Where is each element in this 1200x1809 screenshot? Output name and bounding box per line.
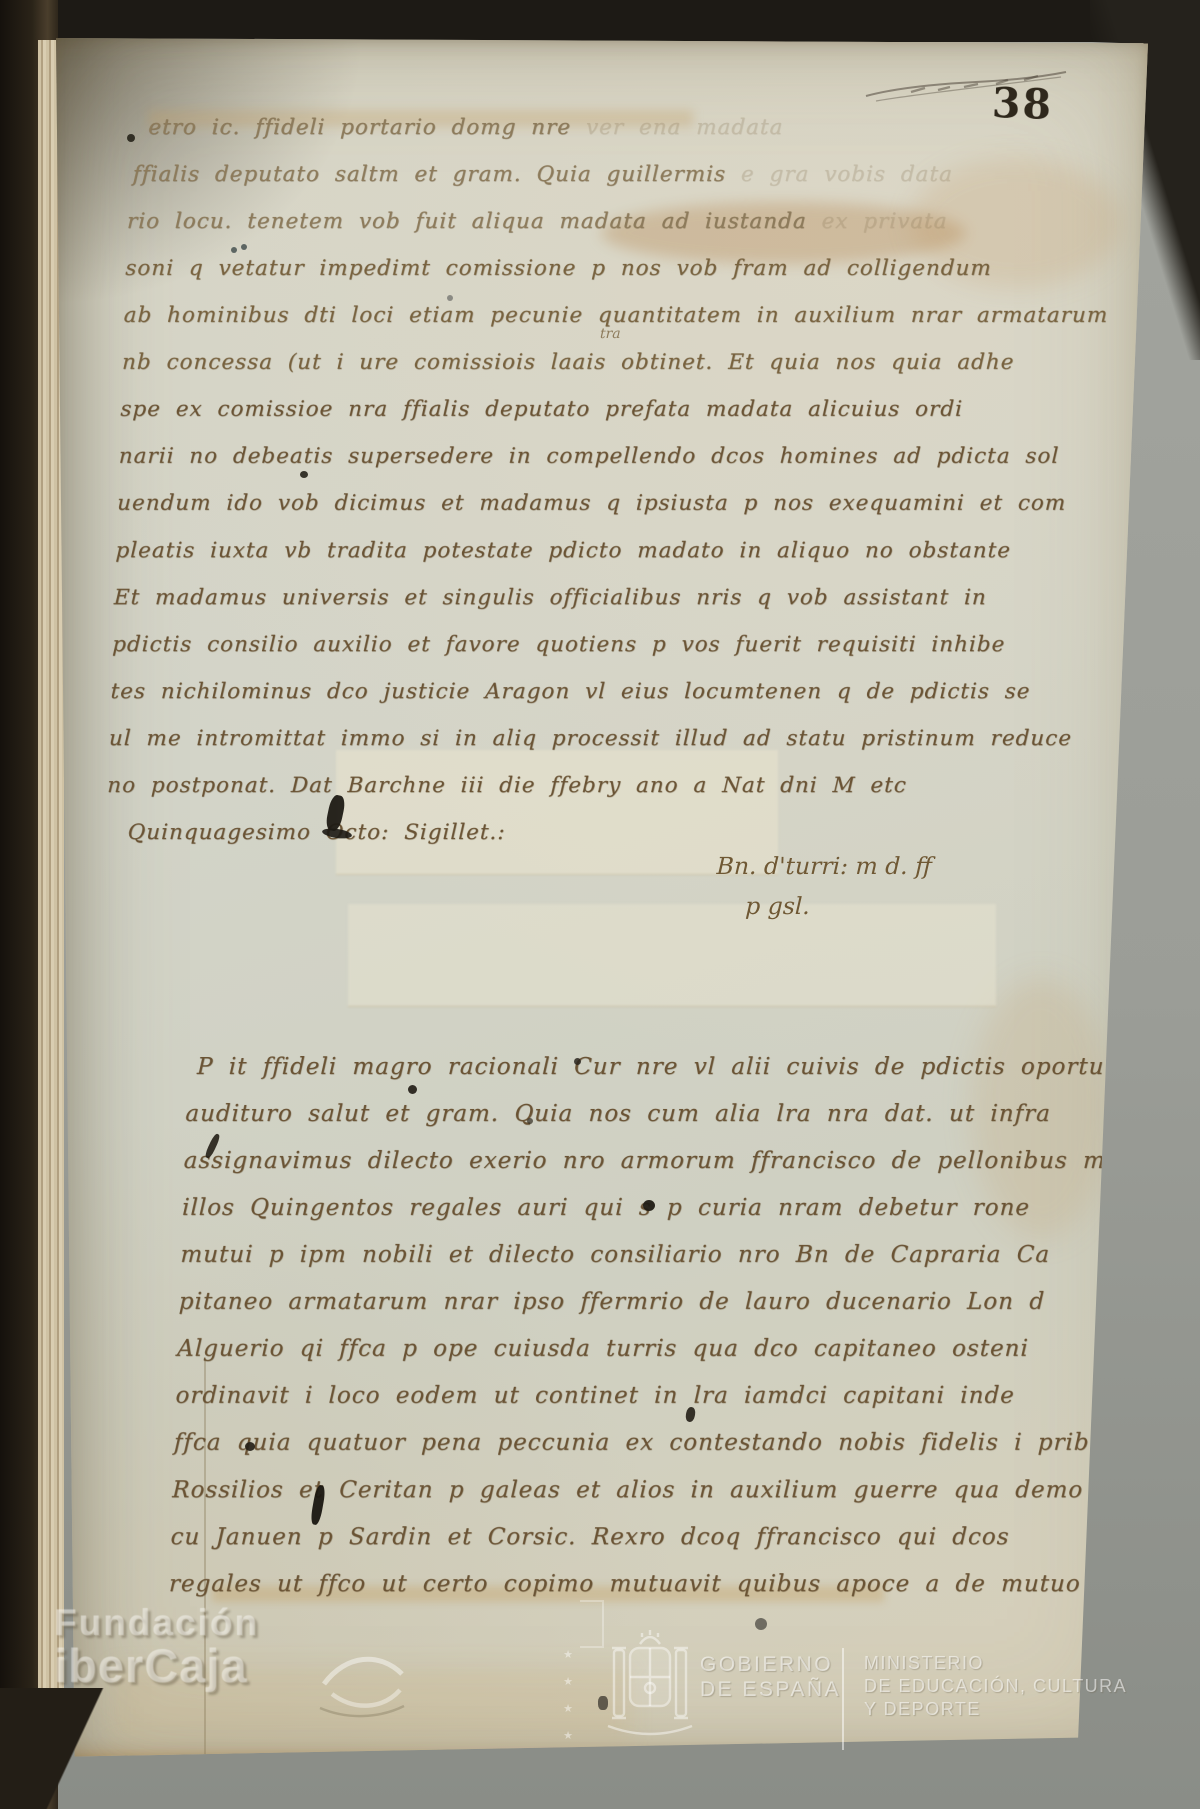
manuscript-line: ffialis deputato saltm et gram. Quia gui…	[128, 151, 1080, 198]
ink-blot	[643, 1200, 655, 1211]
folio-number: 38	[991, 79, 1054, 129]
signature-line: Bn. d'turri: m d. ff	[716, 846, 933, 886]
manuscript-line: ffca quia quatuor pena peccunia ex conte…	[173, 1420, 1147, 1467]
paper-stain	[212, 1586, 884, 1602]
manuscript-line: pdictis consilio auxilio et favore quoti…	[111, 621, 1063, 668]
manuscript-line: tes nichilominus dco justicie Aragon vl …	[110, 668, 1062, 715]
manuscript-line: cu Januen p Sardin et Corsic. Rexro dcoq…	[170, 1514, 1144, 1561]
archival-photo: 38 etro ic. ffideli portario domg nre ve…	[0, 0, 1200, 1809]
paper-stain	[148, 110, 693, 127]
manuscript-line: Rossilios et Ceritan p galeas et alios i…	[171, 1467, 1145, 1514]
paper-repair-patch	[348, 904, 996, 1007]
paper-stain	[601, 202, 966, 264]
manuscript-line: ul me intromittat immo si in aliq proces…	[108, 715, 1060, 762]
ink-blot	[204, 1133, 221, 1160]
paper-stain	[971, 978, 1111, 1238]
ink-blot	[127, 134, 135, 142]
paper-fold-line	[204, 1360, 206, 1792]
ink-blot	[231, 247, 237, 253]
manuscript-line: pleatis iuxta vb tradita potestate pdict…	[115, 527, 1067, 574]
text-block-1: etro ic. ffideli portario domg nre ver e…	[105, 104, 1081, 856]
manuscript-line: ab hominibus dti loci etiam pecunie quan…	[123, 292, 1075, 339]
manuscript-line: P it ffideli magro racionali Cur nre vl …	[186, 1044, 1160, 1091]
paper-repair-patch	[336, 750, 778, 875]
ink-blot	[408, 1085, 417, 1094]
chancery-signature: Bn. d'turri: m d. ff p gsl.	[715, 846, 933, 926]
ink-blot	[574, 1058, 581, 1065]
manuscript-line: pitaneo armatarum nrar ipso ffermrio de …	[178, 1279, 1152, 1326]
manuscript-line: rio locu. tenetem vob fuit aliqua madata…	[126, 198, 1078, 245]
ink-blot	[598, 1696, 608, 1710]
manuscript-line: audituro salut et gram. Quia nos cum ali…	[185, 1091, 1159, 1138]
interlinear-note: tra	[600, 326, 621, 342]
manuscript-line: no postponat. Dat Barchne iii die ffebry…	[107, 762, 1059, 809]
signature-line: p gsl.	[715, 886, 932, 926]
manuscript-line: regales ut ffco ut certo copimo mutuavit…	[168, 1561, 1142, 1608]
manuscript-line: uendum ido vob dicimus et madamus q ipsi…	[116, 480, 1068, 527]
ink-blot	[685, 1406, 696, 1422]
manuscript-line: Alguerio qi ffca p ope cuiusda turris qu…	[176, 1326, 1150, 1373]
paper-stain	[112, 1666, 632, 1740]
ink-blot	[527, 1118, 533, 1124]
book-board-shadow	[0, 1688, 140, 1809]
ink-blot	[755, 1618, 767, 1630]
manuscript-page: 38 etro ic. ffideli portario domg nre ve…	[56, 38, 1148, 1760]
ink-blot	[322, 827, 353, 840]
ink-blot	[324, 794, 346, 832]
manuscript-line: soni q vetatur impedimt comissione p nos…	[125, 245, 1077, 292]
manuscript-line: narii no debeatis supersedere in compell…	[118, 433, 1070, 480]
text-block-2: P it ffideli magro racionali Cur nre vl …	[168, 1044, 1160, 1608]
ink-blot	[447, 295, 453, 301]
ink-blot	[310, 1484, 327, 1525]
photo-background-top	[0, 0, 1200, 42]
paper-stain	[911, 158, 1121, 288]
manuscript-line: Et madamus universis et singulis officia…	[113, 574, 1065, 621]
ink-blot	[241, 244, 247, 250]
manuscript-line: ordinavit i loco eodem ut continet in lr…	[175, 1373, 1149, 1420]
manuscript-line: mutui p ipm nobili et dilecto consiliari…	[180, 1232, 1154, 1279]
manuscript-line: Quinquagesimo Octo: Sigillet.:	[105, 809, 1057, 856]
ink-blot	[300, 471, 308, 478]
manuscript-line: spe ex comissioe nra ffialis deputato pr…	[120, 386, 1072, 433]
ink-blot	[245, 1442, 255, 1451]
manuscript-line: illos Quingentos regales auri qui s p cu…	[181, 1185, 1155, 1232]
manuscript-line: nb concessa (ut i ure comissiois laais o…	[121, 339, 1073, 386]
manuscript-line: assignavimus dilecto exerio nro armorum …	[183, 1138, 1157, 1185]
